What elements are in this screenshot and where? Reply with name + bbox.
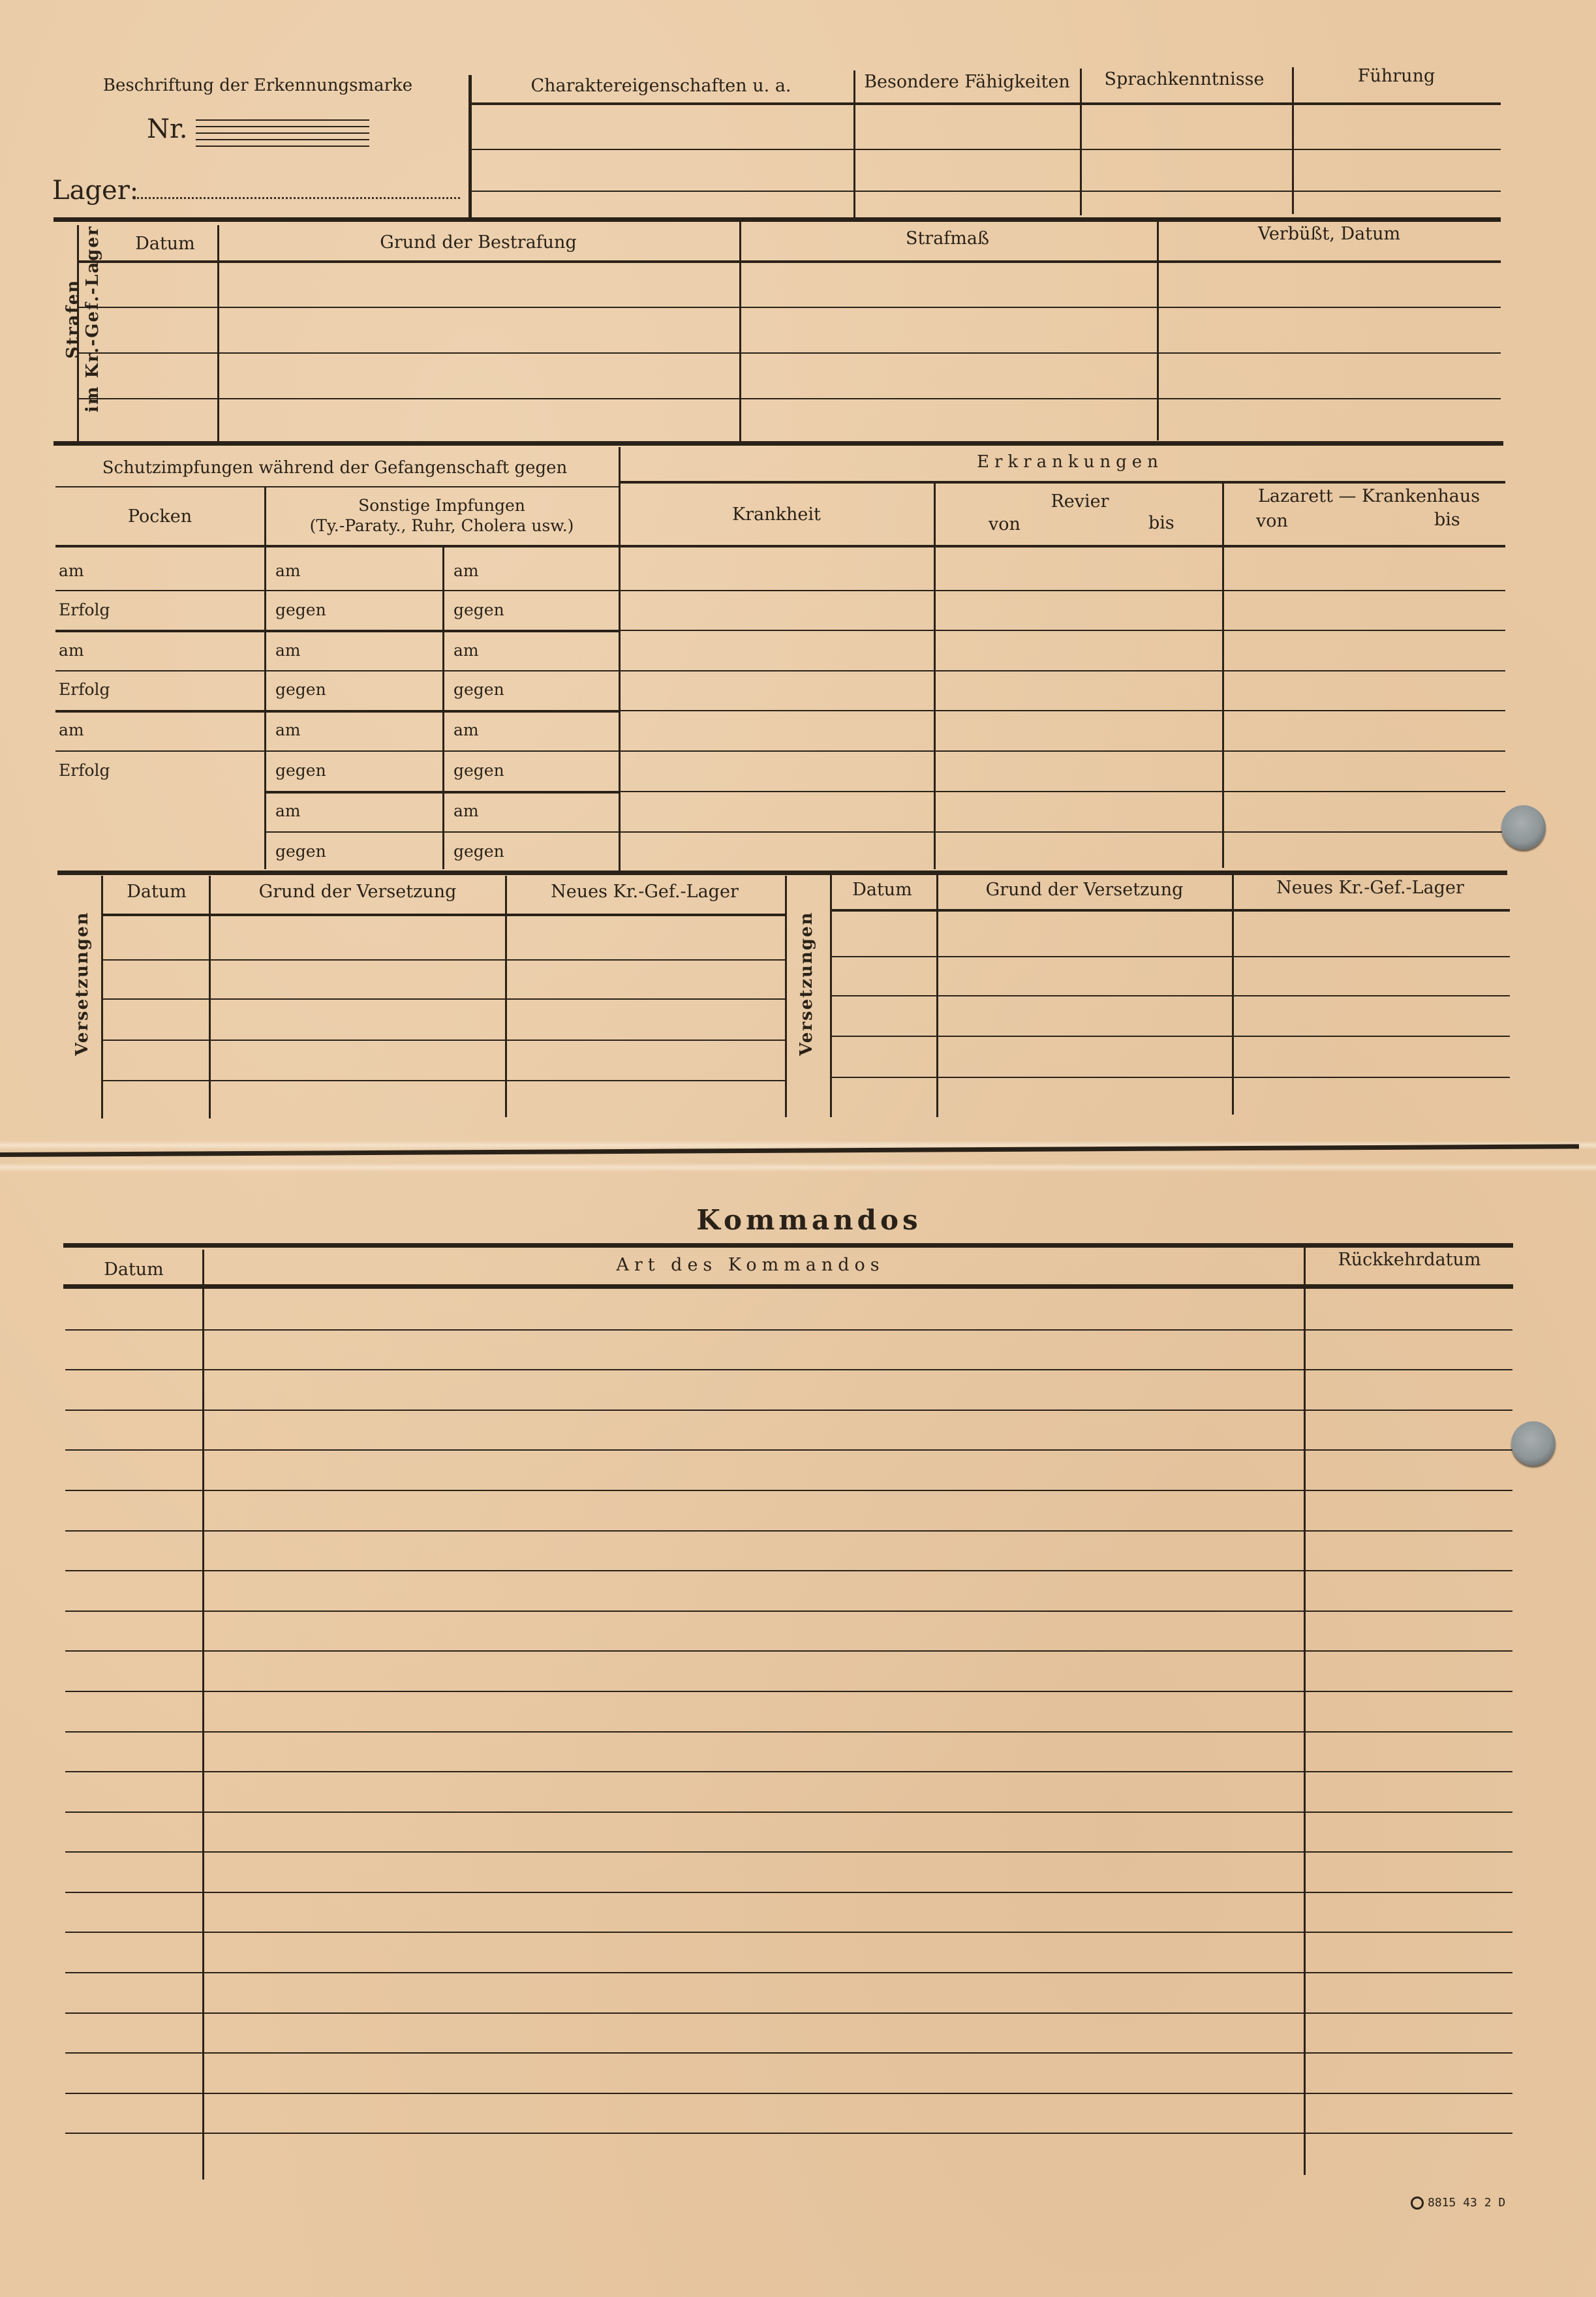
vaccination-date-label: am <box>275 642 301 658</box>
transfer-date-field[interactable] <box>104 917 207 1117</box>
kommandos-title: Kommandos <box>696 1204 921 1236</box>
col-reason: Grund der Bestrafung <box>380 234 576 251</box>
smallpox-entries-field[interactable] <box>91 551 261 865</box>
vaccination-date-label: am <box>453 563 479 579</box>
divider <box>209 876 211 1118</box>
nr-label: Nr. <box>147 116 187 142</box>
col-date: Datum <box>127 883 187 901</box>
punch-hole <box>1511 1421 1556 1466</box>
languages-field[interactable] <box>1083 106 1291 217</box>
vaccination-date-label: am <box>453 642 479 658</box>
vaccinations-title: Schutzimpfungen während der Gefangenscha… <box>102 459 568 476</box>
col-character: Charaktereigenschaften u. a. <box>530 77 791 95</box>
divider <box>217 225 219 444</box>
col-penalty: Strafmaß <box>906 230 989 247</box>
col-date: Datum <box>135 235 195 253</box>
print-code: 8815 43 2 D <box>1411 2196 1505 2210</box>
other-vaccinations-left-field[interactable] <box>313 551 440 865</box>
col-served-date: Verbüßt, Datum <box>1258 225 1400 243</box>
punishments-header-rule <box>78 260 1501 263</box>
col-return-date: Rückkehrdatum <box>1338 1251 1481 1269</box>
col-new-camp: Neues Kr.-Gef.-Lager <box>551 883 739 901</box>
smallpox-date-label: am <box>59 642 84 658</box>
infirmary-to-label: bis <box>1148 514 1174 532</box>
divider <box>101 876 103 1118</box>
col-transfer-reason: Grund der Versetzung <box>259 883 457 901</box>
transfers-side-label: Versetzungen <box>73 912 93 1056</box>
col-kommando-type: Art des Kommandos <box>616 1256 884 1274</box>
vaccination-date-label: am <box>275 722 301 738</box>
divider <box>853 70 855 217</box>
character-field[interactable] <box>473 106 852 217</box>
divider <box>1080 69 1082 215</box>
divider <box>934 483 936 869</box>
col-smallpox: Pocken <box>128 508 192 525</box>
hospital-from-label: von <box>1256 512 1288 530</box>
col-infirmary: Revier <box>1051 493 1109 510</box>
punishment-served-field[interactable] <box>1160 264 1499 440</box>
divider <box>468 75 472 220</box>
illness-field[interactable] <box>623 551 932 865</box>
col-conduct: Führung <box>1358 67 1435 85</box>
punch-hole <box>1501 805 1546 850</box>
smallpox-date-label: am <box>59 563 84 579</box>
other-vaccinations-right-field[interactable] <box>496 551 617 865</box>
kommando-return-field[interactable] <box>1308 1291 1513 2175</box>
divider <box>202 1250 204 2180</box>
divider <box>442 546 444 869</box>
punishment-date-field[interactable] <box>80 264 215 440</box>
infirmary-from-label: von <box>989 516 1021 533</box>
divider <box>785 876 787 1117</box>
transfer-date-field[interactable] <box>833 914 934 1113</box>
traits-header-rule <box>470 102 1501 105</box>
hospital-to-label: bis <box>1434 511 1460 529</box>
conduct-field[interactable] <box>1295 106 1501 217</box>
col-languages: Sprachkenntnisse <box>1105 70 1265 88</box>
col-transfer-reason: Grund der Versetzung <box>986 881 1184 899</box>
lager-field[interactable] <box>134 197 460 199</box>
kommando-date-field[interactable] <box>65 1291 199 2175</box>
divider <box>1292 67 1294 214</box>
fold-crease <box>0 1163 1596 1172</box>
section-rule <box>54 217 1501 222</box>
divider <box>739 221 741 442</box>
rule <box>55 486 619 487</box>
divider <box>77 225 79 444</box>
kommando-type-field[interactable] <box>206 1291 1301 2175</box>
vaccination-date-label: am <box>275 803 301 819</box>
vaccination-date-label: am <box>453 722 479 738</box>
col-hospital: Lazarett — Krankenhaus <box>1258 487 1480 505</box>
col-new-camp: Neues Kr.-Gef.-Lager <box>1276 879 1464 897</box>
col-abilities: Besondere Fähigkeiten <box>864 73 1070 91</box>
col-other-vaccinations: Sonstige Impfungen <box>358 497 525 514</box>
divider <box>1157 219 1159 440</box>
rule <box>620 481 1505 484</box>
hospital-dates-field[interactable] <box>1225 551 1503 865</box>
header-rule <box>55 545 1505 547</box>
divider <box>1304 1245 1306 2175</box>
transfers-side-label: Versetzungen <box>797 912 817 1056</box>
divider <box>1222 483 1224 868</box>
header-rule <box>831 909 1510 912</box>
transfer-reason-field[interactable] <box>940 914 1230 1113</box>
tag-label: Beschriftung der Erkennungsmarke <box>103 77 412 94</box>
col-date: Datum <box>852 881 912 899</box>
vaccination-date-label: am <box>453 803 479 819</box>
col-date: Datum <box>104 1261 164 1278</box>
kommandos-top-rule <box>63 1243 1513 1248</box>
header-rule <box>102 914 785 916</box>
col-other-vaccinations-detail: (Ty.-Paraty., Ruhr, Cholera usw.) <box>310 517 574 534</box>
kommandos-header-rule <box>63 1284 1513 1289</box>
transfer-camp-field[interactable] <box>508 917 783 1117</box>
transfer-camp-field[interactable] <box>1235 914 1509 1113</box>
transfer-reason-field[interactable] <box>212 917 503 1117</box>
punishment-reason-field[interactable] <box>221 264 737 440</box>
col-illness: Krankheit <box>732 506 821 523</box>
nr-field[interactable] <box>196 119 369 146</box>
abilities-field[interactable] <box>857 106 1079 217</box>
section-rule <box>57 871 1507 875</box>
illnesses-title: Erkrankungen <box>977 454 1163 470</box>
smallpox-date-label: am <box>59 722 84 738</box>
printer-mark-icon <box>1411 2197 1424 2210</box>
lager-label: Lager: <box>52 177 138 204</box>
divider <box>619 447 621 871</box>
vaccination-date-label: am <box>275 563 301 579</box>
punishment-penalty-field[interactable] <box>743 264 1155 440</box>
section-rule <box>54 441 1503 446</box>
infirmary-dates-field[interactable] <box>937 551 1220 865</box>
